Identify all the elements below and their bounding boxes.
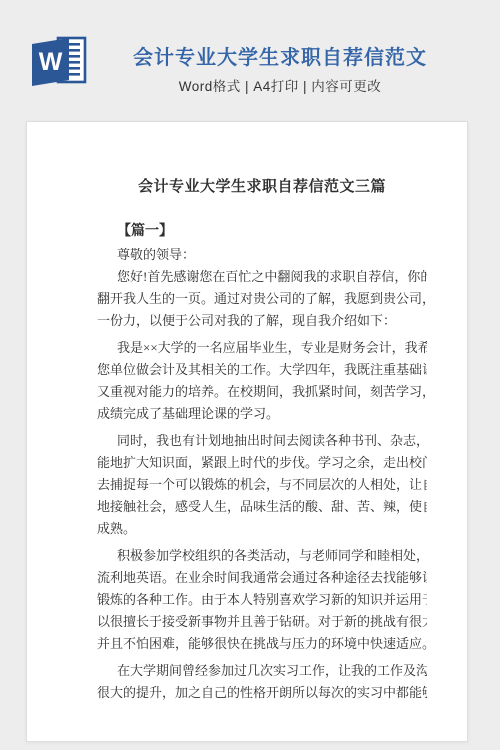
header: W 会计专业大学生求职自荐信范文 Word格式 | A4打印 | 内容可更改 (0, 0, 500, 121)
paragraph: 同时，我也有计划地抽出时间去阅读各种书刊、杂志，力求尽可能地扩大知识面，紧跟上时… (97, 430, 427, 540)
header-text-block: 会计专业大学生求职自荐信范文 Word格式 | A4打印 | 内容可更改 (88, 44, 472, 96)
paragraph-line: 很大的提升，加之自己的性格开朗所以每次的实习中都能够与团队中 (97, 682, 427, 704)
word-icon: W (32, 35, 88, 87)
paragraph: 我是××大学的一名应届毕业生，专业是财务会计，我希望能到您单位做会计及其相关的工… (97, 337, 427, 425)
section-label: 【篇一】 (97, 220, 427, 240)
document-preview-screen: { "colors": { "background": "#ededed", "… (0, 0, 500, 750)
paragraph-line: 锻炼的各种工作。由于本人特别喜欢学习新的知识并运用于实际，所 (97, 589, 427, 611)
paragraph-line: 成绩完成了基础理论课的学习。 (97, 403, 427, 425)
paragraph-line: 同时，我也有计划地抽出时间去阅读各种书刊、杂志，力求尽可 (97, 430, 427, 452)
word-letter: W (39, 48, 63, 76)
paragraph-line: 翻开我人生的一页。通过对贵公司的了解，我愿到贵公司，为公司尽 (97, 288, 427, 310)
salutation: 尊敬的领导： (97, 244, 427, 266)
paragraph-line: 以很擅长于接受新事物并且善于钻研。对于新的挑战有很大的兴趣， (97, 611, 427, 633)
page-title[interactable]: 会计专业大学生求职自荐信范文 (88, 44, 472, 72)
paragraph-line: 并且不怕困难，能够很快在挑战与压力的环境中快速适应。 (97, 633, 427, 655)
paragraph-line: 在大学期间曾经参加过几次实习工作，让我的工作及沟通技巧有 (97, 660, 427, 682)
paragraph-line: 我是××大学的一名应届毕业生，专业是财务会计，我希望能到 (97, 337, 427, 359)
paragraphs: 您好!首先感谢您在百忙之中翻阅我的求职自荐信，你的关注将翻开我人生的一页。通过对… (97, 266, 427, 704)
paragraph-line: 流利地英语。在业余时间我通常会通过各种途径去找能够让自己得到 (97, 567, 427, 589)
paragraph-line: 积极参加学校组织的各类活动，与老师同学和睦相处，能说一口 (97, 545, 427, 567)
paragraph: 您好!首先感谢您在百忙之中翻阅我的求职自荐信，你的关注将翻开我人生的一页。通过对… (97, 266, 427, 332)
paragraph-line: 您好!首先感谢您在百忙之中翻阅我的求职自荐信，你的关注将 (97, 266, 427, 288)
format-info-subtitle: Word格式 | A4打印 | 内容可更改 (88, 78, 472, 96)
paragraph: 积极参加学校组织的各类活动，与老师同学和睦相处，能说一口流利地英语。在业余时间我… (97, 545, 427, 655)
word-logo-svg: W (32, 35, 88, 87)
paragraph: 在大学期间曾经参加过几次实习工作，让我的工作及沟通技巧有很大的提升，加之自己的性… (97, 660, 427, 704)
document-page: 会计专业大学生求职自荐信范文三篇 【篇一】 尊敬的领导： 您好!首先感谢您在百忙… (26, 121, 468, 742)
paragraph-line: 能地扩大知识面，紧跟上时代的步伐。学习之余，走出校门，我尽量 (97, 452, 427, 474)
paragraph-line: 又重视对能力的培养。在校期间，我抓紧时间，刻苦学习，以优异的 (97, 381, 427, 403)
paragraph-line: 您单位做会计及其相关的工作。大学四年，我既注重基础课的学习， (97, 359, 427, 381)
paragraph-line: 地接触社会，感受人生，品味生活的酸、甜、苦、辣，使自己尽快地 (97, 496, 427, 518)
paragraph-line: 去捕捉每一个可以锻炼的机会，与不同层次的人相处，让自己近距离 (97, 474, 427, 496)
document-title: 会计专业大学生求职自荐信范文三篇 (97, 176, 427, 198)
paragraph-line: 成熟。 (97, 518, 427, 540)
paragraph-line: 一份力，以便于公司对我的了解，现自我介绍如下： (97, 310, 427, 332)
